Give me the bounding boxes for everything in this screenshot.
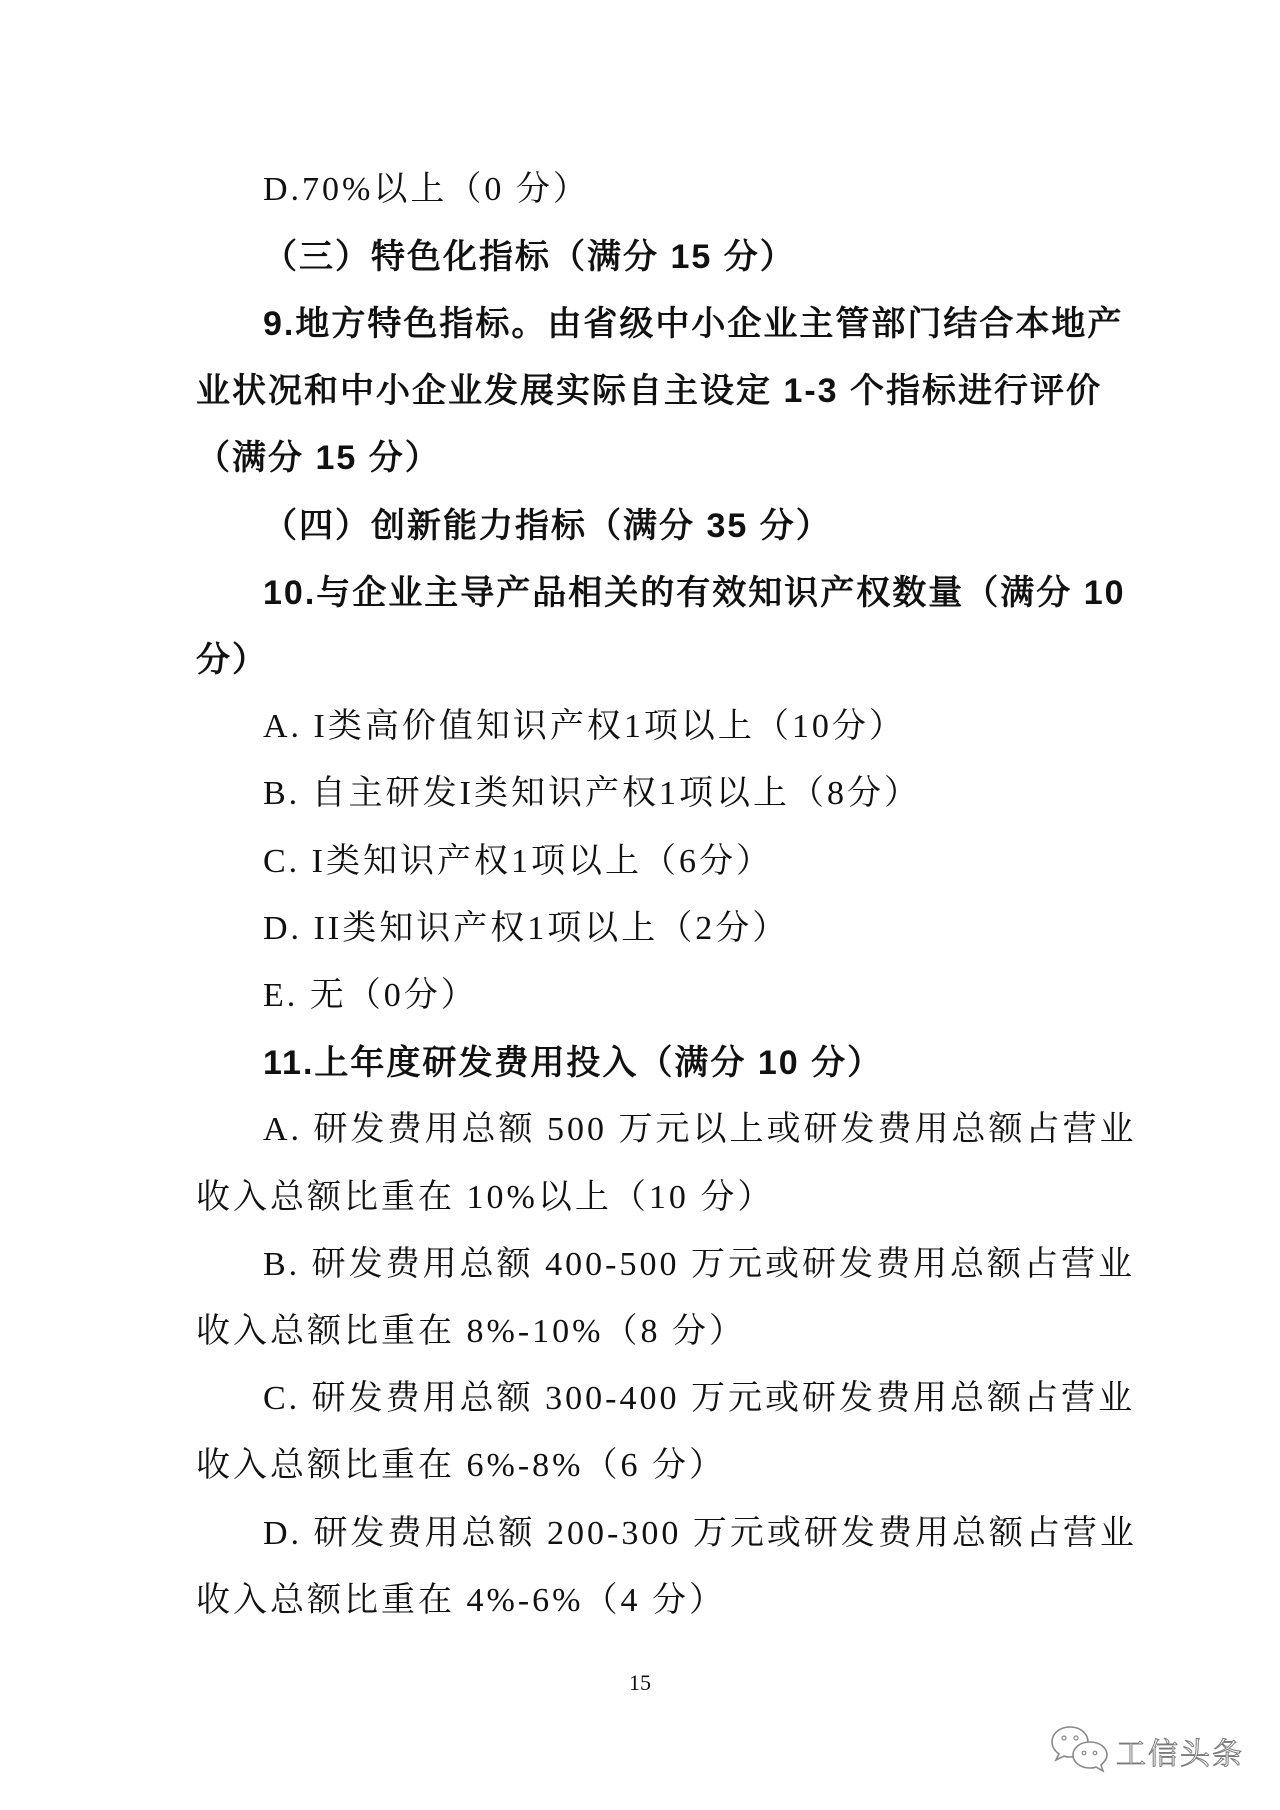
section-heading-innovation-indicators: （四）创新能力指标（满分 35 分） xyxy=(263,501,832,551)
item-10-option-a: A. I类高价值知识产权1项以上（10分） xyxy=(263,702,906,752)
item-11-option-d-line-2: 收入总额比重在 4%-6%（4 分） xyxy=(196,1576,726,1626)
item-10-heading-line-2: 分） xyxy=(196,635,268,685)
watermark: 工信头条 xyxy=(1050,1726,1244,1776)
section-heading-characteristic-indicators: （三）特色化指标（满分 15 分） xyxy=(263,232,796,282)
item-10-option-b: B. 自主研发I类知识产权1项以上（8分） xyxy=(263,769,921,819)
item-11-heading: 11.上年度研发费用投入（满分 10 分） xyxy=(263,1038,883,1088)
option-d-70-percent: D.70%以上（0 分） xyxy=(263,165,590,215)
item-11-option-c-line-1: C. 研发费用总额 300-400 万元或研发费用总额占营业 xyxy=(263,1374,1085,1424)
item-11-option-b-line-1: B. 研发费用总额 400-500 万元或研发费用总额占营业 xyxy=(263,1240,1085,1290)
item-11-option-b-line-2: 收入总额比重在 8%-10%（8 分） xyxy=(196,1307,746,1357)
item-10-option-e: E. 无（0分） xyxy=(263,971,478,1021)
item-11-option-a-line-1: A. 研发费用总额 500 万元以上或研发费用总额占营业 xyxy=(263,1105,1085,1155)
item-9-heading-line-3: （满分 15 分） xyxy=(196,433,441,483)
item-10-option-d: D. II类知识产权1项以上（2分） xyxy=(263,904,789,954)
item-9-heading-line-2: 业状况和中小企业发展实际自主设定 1-3 个指标进行评价 xyxy=(196,366,1085,416)
item-11-option-d-line-1: D. 研发费用总额 200-300 万元或研发费用总额占营业 xyxy=(263,1509,1085,1559)
item-11-option-c-line-2: 收入总额比重在 6%-8%（6 分） xyxy=(196,1441,726,1491)
page-number: 15 xyxy=(600,1668,680,1698)
item-10-heading-line-1: 10.与企业主导产品相关的有效知识产权数量（满分 10 xyxy=(263,568,1085,618)
item-9-heading-line-1: 9.地方特色指标。由省级中小企业主管部门结合本地产 xyxy=(263,299,1085,349)
wechat-icon xyxy=(1050,1724,1108,1779)
item-10-option-c: C. I类知识产权1项以上（6分） xyxy=(263,837,773,887)
watermark-text: 工信头条 xyxy=(1116,1729,1244,1773)
item-11-option-a-line-2: 收入总额比重在 10%以上（10 分） xyxy=(196,1173,774,1223)
document-page: D.70%以上（0 分） （三）特色化指标（满分 15 分） 9.地方特色指标。… xyxy=(0,0,1280,1810)
